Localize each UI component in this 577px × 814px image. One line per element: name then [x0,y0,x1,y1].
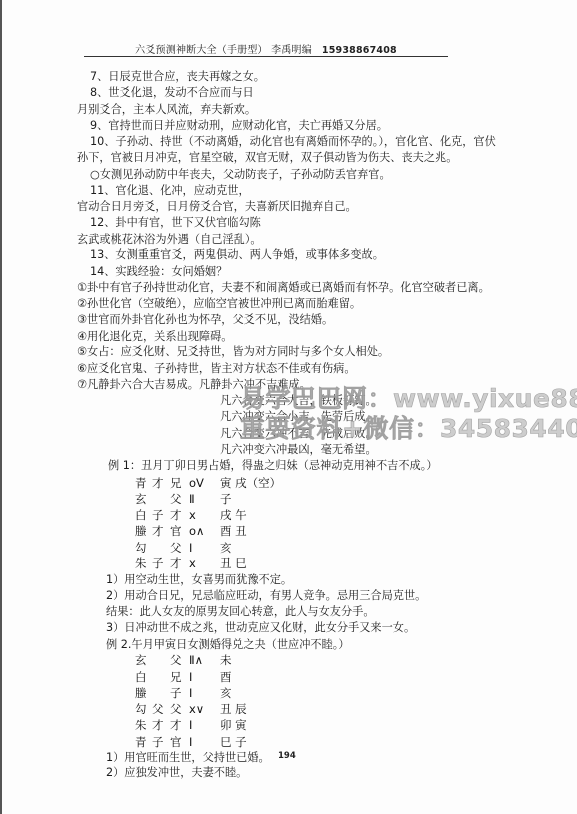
hidden-relative: 才 [152,476,164,490]
example-note: 2）应独发冲世，夫妻不睦。 [106,766,247,780]
six-relative: 兄 [170,476,182,490]
header-divider [84,56,448,57]
paragraph-line: ⑤女占：应爻化财、兄爻持世，皆为对方同时与多个女人相处。 [77,345,389,359]
six-relative: 官 [170,735,182,749]
six-relative: 子 [170,686,182,700]
paragraph-line: 9、官持世而日并应财动刑，应财动化官，夫亡再婚又分居。 [90,119,388,133]
example-title: 例 2.午月甲寅日女测婚得兑之夬（世应冲不睦。） [106,638,350,652]
running-header: 六爻预测神断大全（手册型） 李禹明编15938867408 [84,41,448,56]
six-god: 螣 [135,524,147,538]
six-god: 朱 [135,556,147,570]
yao-mark: Ⅰ [189,718,192,732]
book-page: 六爻预测神断大全（手册型） 李禹明编15938867408 7、日辰克世合应，丧… [0,0,577,814]
six-god: 勾 [135,541,147,555]
hidden-relative: 父 [152,702,164,716]
earthly-branch: 巳 子 [220,735,247,749]
example-note: 结果：此人女友的原男友回心转意，此人与女友分手。 [106,605,375,619]
earthly-branch: 酉 丑 [220,524,247,538]
paragraph-line: 11、官化退、化冲，应动克世， [90,184,250,198]
watermark-line-2: 重要资料+微信：3458344044 [240,409,577,445]
earthly-branch: 丑 巳 [220,556,247,570]
six-relative: 兄 [170,670,182,684]
paragraph-line: 7、日辰克世合应，丧夫再嫁之女。 [90,70,265,84]
six-god: 白 [135,508,147,522]
paragraph-line: 12、卦中有官，世下又伏官临勾陈 [90,216,261,230]
example-note: 2）用动合日兄，兄忌临应旺动，有男人竞争。忌用三合局克世。 [106,589,426,603]
yao-mark: o∧ [189,524,204,538]
yao-mark: oV [189,476,204,490]
hidden-relative: 子 [152,735,164,749]
yao-mark: Ⅰ [189,686,192,700]
book-title: 六爻预测神断大全（手册型） 李禹明编 [135,45,312,56]
author-phone: 15938867408 [322,45,397,56]
six-god: 螣 [135,686,147,700]
page-number: 194 [278,751,296,761]
six-god: 青 [135,476,147,490]
example-note: 1）用官旺而生世，父持世已婚。 [106,751,270,765]
earthly-branch: 子 [220,492,232,506]
paragraph-line: 孙下，官被日月冲克，官星空破，双官无财，双子俱动皆为伤夫、丧夫之兆。 [77,151,457,165]
hidden-relative: 子 [152,556,164,570]
six-god: 玄 [135,653,147,667]
paragraph-line: 8、世爻化退，发动不合应而与日 [90,86,254,100]
paragraph-line: 玄武或桃花沐浴为外遇（自己淫乱）。 [77,233,262,247]
yao-mark: x∨ [189,702,204,716]
paragraph-line: ①卦中有官子孙持世动化官，夫妻不和闹离婚或已离婚而有怀孕。化官空破者已离。 [77,281,490,295]
yao-mark: Ⅱ∧ [189,653,203,667]
example-title: 例 1：丑月丁卯日男占婚，得蛊之归妹（忌神动克用神不吉不成。） [108,459,438,473]
six-god: 勾 [135,702,147,716]
yao-mark: Ⅰ [189,541,192,555]
six-relative: 父 [170,492,182,506]
yao-mark: x [189,508,196,522]
earthly-branch: 未 [220,653,232,667]
paragraph-line: ②孙世化官（空破绝），应临空官被世冲刑已离而胎难留。 [77,297,361,311]
earthly-branch: 戌 午 [220,508,247,522]
paragraph-line: ③世官而外卦官化孙也为怀孕，父爻不见，没结婚。 [77,313,333,327]
earthly-branch: 寅 戌（空） [220,476,281,490]
yao-mark: Ⅰ [189,670,192,684]
paragraph-line: 10、子孙动、持世（不动离婚，动化官也有离婚而怀孕的。），官化官、化克，官伏 [90,135,496,149]
six-god: 白 [135,670,147,684]
earthly-branch: 亥 [220,686,232,700]
six-relative: 官 [170,524,182,538]
paragraph-line: ④用化退化克，关系出现障碍。 [77,330,232,344]
six-god: 玄 [135,492,147,506]
example-note: 3）日冲动世不成之兆，世动克应又化财，此女分手又来一女。 [106,621,415,635]
paragraph-line: 官动合日月旁爻，日月傍爻合官，夫喜新厌旧抛弃自己。 [77,200,357,214]
yao-mark: x [189,556,196,570]
yao-mark: Ⅰ [189,735,192,749]
couplet-line: 凡六冲变六冲最凶，毫无希望。 [220,443,377,457]
six-relative: 才 [170,556,182,570]
yao-mark: Ⅱ [189,492,195,506]
hidden-relative: 才 [152,524,164,538]
paragraph-line: 月别爻合，主本人风流，弃夫新欢。 [77,103,256,117]
hidden-relative: 子 [152,508,164,522]
six-god: 朱 [135,718,147,732]
paragraph-line: ⑥应爻化官鬼、子孙持世，皆主对方状态不佳或有伤病。 [77,362,356,376]
six-relative: 父 [170,653,182,667]
paragraph-line: ○女测见孙动防中年丧夫，父动防丧子，子孙动防丢官弃官。 [90,168,391,182]
six-relative: 才 [170,718,182,732]
six-god: 青 [135,735,147,749]
six-relative: 父 [170,541,182,555]
earthly-branch: 卯 寅 [220,718,247,732]
earthly-branch: 丑 辰 [220,702,247,716]
earthly-branch: 酉 [220,670,232,684]
six-relative: 才 [170,508,182,522]
earthly-branch: 亥 [220,541,232,555]
six-relative: 父 [170,702,182,716]
paragraph-line: 13、女测重重官爻，两鬼俱动、两人争婚，或事体多变故。 [90,248,384,262]
hidden-relative: 才 [152,718,164,732]
paragraph-line: 14、实践经验：女问婚姻？ [90,265,227,279]
example-note: 1）用空动生世，女喜男而犹豫不定。 [106,573,292,587]
